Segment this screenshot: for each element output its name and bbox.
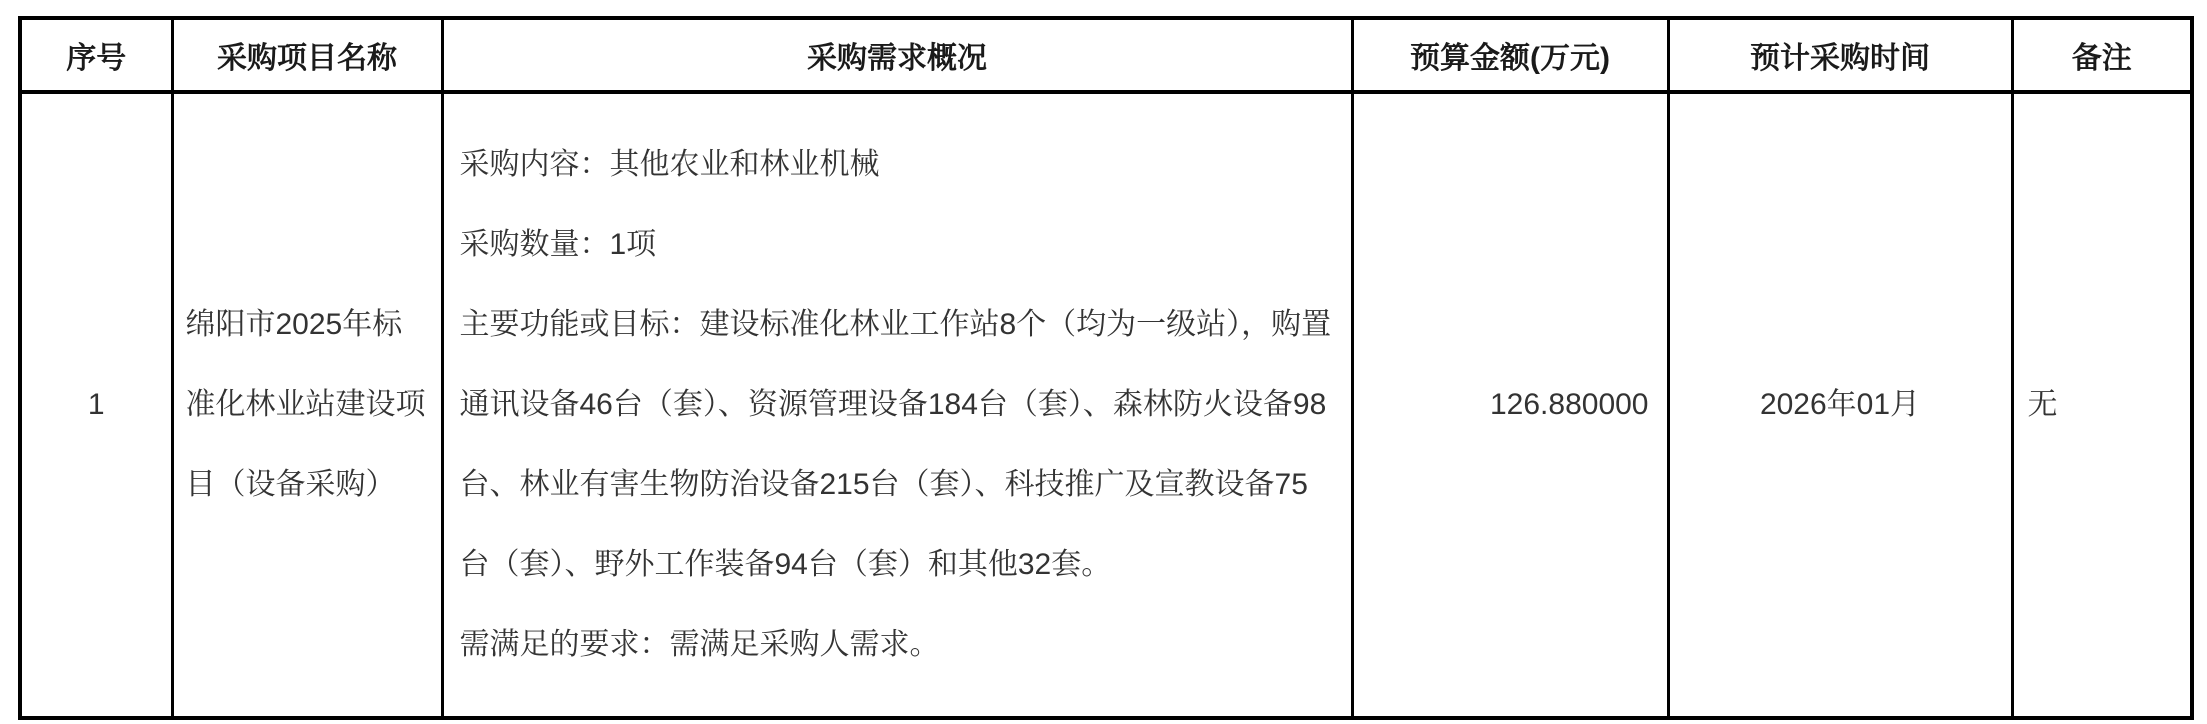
column-header-budget-amount: 预算金额(万元) [1352, 18, 1668, 92]
column-header-demand-overview: 采购需求概况 [442, 18, 1352, 92]
cell-project-name: 绵阳市2025年标准化林业站建设项目（设备采购） [172, 92, 442, 718]
cell-purchase-time: 2026年01月 [1668, 92, 2012, 718]
column-header-remark: 备注 [2012, 18, 2192, 92]
column-header-seq: 序号 [20, 18, 172, 92]
demand-function-goal: 主要功能或目标：建设标准化林业工作站8个（均为一级站），购置通讯设备46台（套）… [460, 285, 1335, 605]
cell-remark: 无 [2012, 92, 2192, 718]
table-header-row: 序号 采购项目名称 采购需求概况 预算金额(万元) 预计采购时间 备注 [20, 18, 2192, 92]
page: 序号 采购项目名称 采购需求概况 预算金额(万元) 预计采购时间 备注 1 绵阳… [0, 0, 2207, 724]
demand-quantity: 采购数量：1项 [460, 205, 1335, 285]
procurement-table: 序号 采购项目名称 采购需求概况 预算金额(万元) 预计采购时间 备注 1 绵阳… [18, 16, 2194, 720]
cell-budget-amount: 126.880000 [1352, 92, 1668, 718]
demand-requirement: 需满足的要求：需满足采购人需求。 [460, 605, 1335, 685]
column-header-purchase-time: 预计采购时间 [1668, 18, 2012, 92]
column-header-project-name: 采购项目名称 [172, 18, 442, 92]
demand-content: 采购内容：其他农业和林业机械 [460, 125, 1335, 205]
cell-seq: 1 [20, 92, 172, 718]
table-row: 1 绵阳市2025年标准化林业站建设项目（设备采购） 采购内容：其他农业和林业机… [20, 92, 2192, 718]
cell-demand-overview: 采购内容：其他农业和林业机械 采购数量：1项 主要功能或目标：建设标准化林业工作… [442, 92, 1352, 718]
